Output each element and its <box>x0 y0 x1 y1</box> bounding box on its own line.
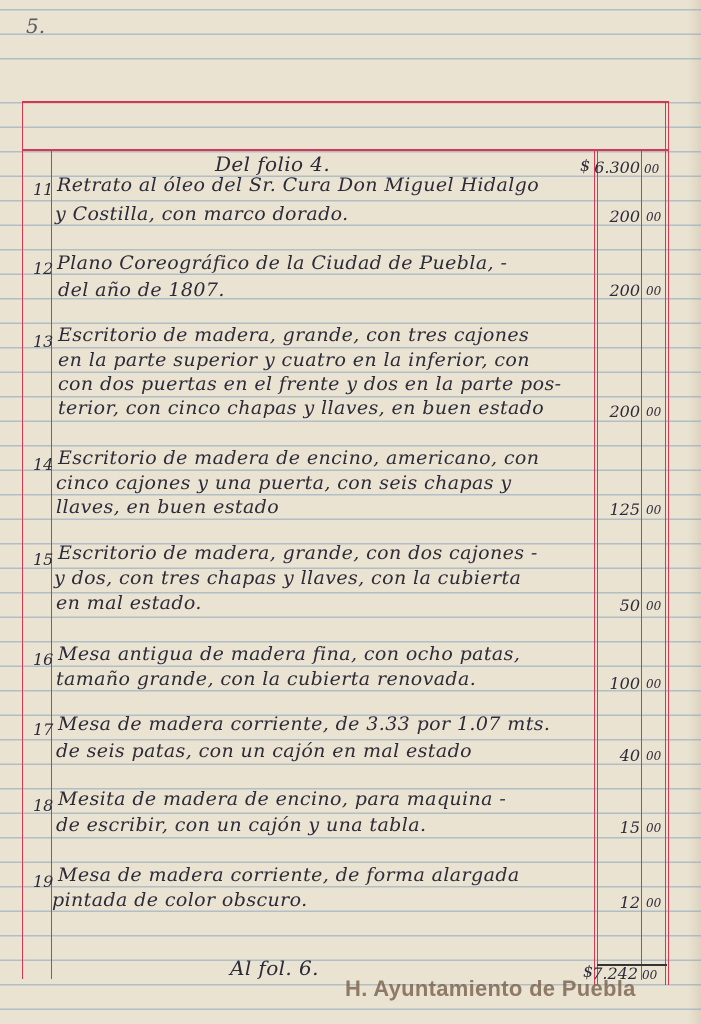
entry-amount-cents: 00 <box>646 405 670 419</box>
entry-line: cinco cajones y una puerta, con seis cha… <box>56 472 511 494</box>
entry-line: Mesita de madera de encino, para maquina… <box>58 788 506 810</box>
carried-to-label: Al fol. 6. <box>230 956 319 980</box>
ledger-page: 5. Del folio 4. $ 6.300 00 11 Retrato al… <box>0 0 701 1024</box>
entry-line: tamaño grande, con la cubierta renovada. <box>56 668 476 690</box>
entry-amount-cents: 00 <box>646 749 670 763</box>
entry-amount: 50 <box>560 596 640 615</box>
amount-col-left-b <box>597 150 598 985</box>
entry-line: Plano Coreográfico de la Ciudad de Puebl… <box>57 252 507 274</box>
entry-line: con dos puertas en el frente y dos en la… <box>58 373 561 395</box>
right-col-b <box>668 101 669 985</box>
total-amount-cents: 00 <box>642 968 666 982</box>
entry-line: de seis patas, con un cajón en mal estad… <box>56 740 472 762</box>
entry-amount-cents: 00 <box>646 210 670 224</box>
folio-number: 5. <box>26 14 45 38</box>
entry-amount: 40 <box>560 746 640 765</box>
entry-line: llaves, en buen estado <box>56 496 279 518</box>
entry-number: 12 <box>33 259 53 278</box>
entry-line: Mesa de madera corriente, de 3.33 por 1.… <box>58 713 550 735</box>
outer-left-margin <box>22 101 23 979</box>
entry-line: y Costilla, con marco dorado. <box>55 203 349 225</box>
entry-line: en la parte superior y cuatro en la infe… <box>58 349 530 371</box>
entry-amount: 15 <box>560 818 640 837</box>
entry-amount-cents: 00 <box>646 677 670 691</box>
carried-amount-cents: 00 <box>644 162 668 176</box>
entry-number: 13 <box>33 332 53 351</box>
entry-amount: 200 <box>560 402 640 421</box>
entry-amount-cents: 00 <box>646 503 670 517</box>
entry-line: Escritorio de madera, grande, con tres c… <box>58 324 529 346</box>
amount-col-left-a <box>594 150 595 985</box>
entry-line: Escritorio de madera de encino, american… <box>58 447 539 469</box>
entry-number: 14 <box>33 455 53 474</box>
entry-amount: 12 <box>560 893 640 912</box>
header-divider-line <box>22 149 669 151</box>
entry-amount-cents: 00 <box>646 896 670 910</box>
entry-line: del año de 1807. <box>58 279 225 301</box>
entry-line: Retrato al óleo del Sr. Cura Don Miguel … <box>57 174 539 196</box>
entry-line: Mesa de madera corriente, de forma alarg… <box>58 864 520 886</box>
entry-line: de escribir, con un cajón y una tabla. <box>56 814 426 836</box>
entry-number: 16 <box>33 650 53 669</box>
entry-amount-cents: 00 <box>646 599 670 613</box>
carried-from-label: Del folio 4. <box>215 152 330 176</box>
carried-amount: 6.300 <box>560 158 640 177</box>
archive-watermark: H. Ayuntamiento de Puebla <box>345 976 636 1002</box>
entry-amount: 100 <box>560 674 640 693</box>
cents-col-line <box>641 150 642 980</box>
entry-number: 18 <box>33 796 53 815</box>
entry-amount: 200 <box>560 281 640 300</box>
entry-amount: 125 <box>560 500 640 519</box>
top-frame-line <box>22 101 669 103</box>
entry-line: terior, con cinco chapas y llaves, en bu… <box>58 397 544 419</box>
entry-amount-cents: 00 <box>646 284 670 298</box>
entry-line: Mesa antigua de madera fina, con ocho pa… <box>58 643 520 665</box>
entry-amount-cents: 00 <box>646 821 670 835</box>
entry-line: en mal estado. <box>56 592 202 614</box>
entry-number: 15 <box>33 550 53 569</box>
entry-number: 17 <box>33 720 53 739</box>
entry-line: y dos, con tres chapas y llaves, con la … <box>54 567 521 589</box>
entry-number: 11 <box>33 180 53 199</box>
entry-line: Escritorio de madera, grande, con dos ca… <box>58 542 538 564</box>
entry-line: pintada de color obscuro. <box>52 889 308 911</box>
entry-number: 19 <box>33 872 53 891</box>
right-col-a <box>665 101 666 985</box>
entry-amount: 200 <box>560 207 640 226</box>
